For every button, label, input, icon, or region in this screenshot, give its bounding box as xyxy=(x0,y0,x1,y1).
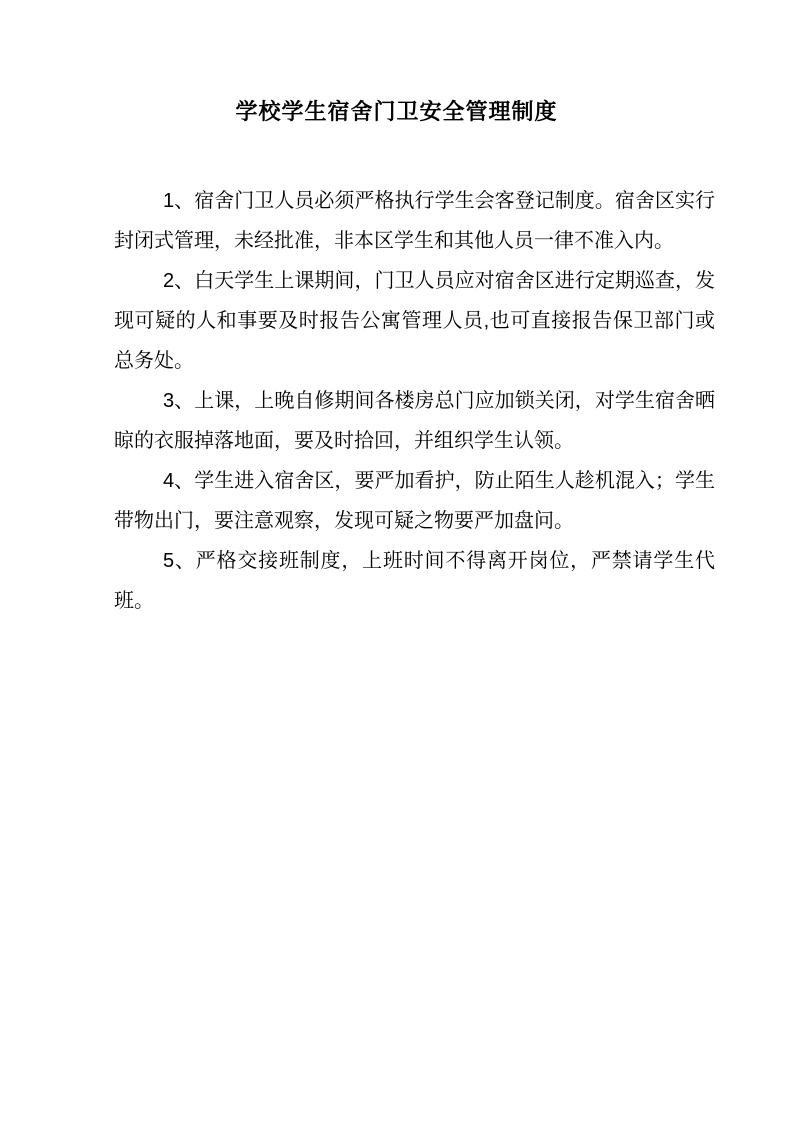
document-page: 学校学生宿舍门卫安全管理制度 1、宿舍门卫人员必须严格执行学生会客登记制度。宿舍… xyxy=(0,0,793,1122)
paragraph-5: 5、严格交接班制度，上班时间不得离开岗位，严禁请学生代班。 xyxy=(114,541,715,621)
document-body: 1、宿舍门卫人员必须严格执行学生会客登记制度。宿舍区实行封闭式管理，未经批准，非… xyxy=(114,181,715,621)
paragraph-3: 3、上课，上晚自修期间各楼房总门应加锁关闭，对学生宿舍晒晾的衣服掉落地面，要及时… xyxy=(114,381,715,461)
paragraph-4: 4、学生进入宿舍区，要严加看护，防止陌生人趁机混入；学生带物出门，要注意观察，发… xyxy=(114,461,715,541)
paragraph-2: 2、白天学生上课期间，门卫人员应对宿舍区进行定期巡查，发现可疑的人和事要及时报告… xyxy=(114,261,715,381)
document-title: 学校学生宿舍门卫安全管理制度 xyxy=(0,97,793,127)
paragraph-1: 1、宿舍门卫人员必须严格执行学生会客登记制度。宿舍区实行封闭式管理，未经批准，非… xyxy=(114,181,715,261)
